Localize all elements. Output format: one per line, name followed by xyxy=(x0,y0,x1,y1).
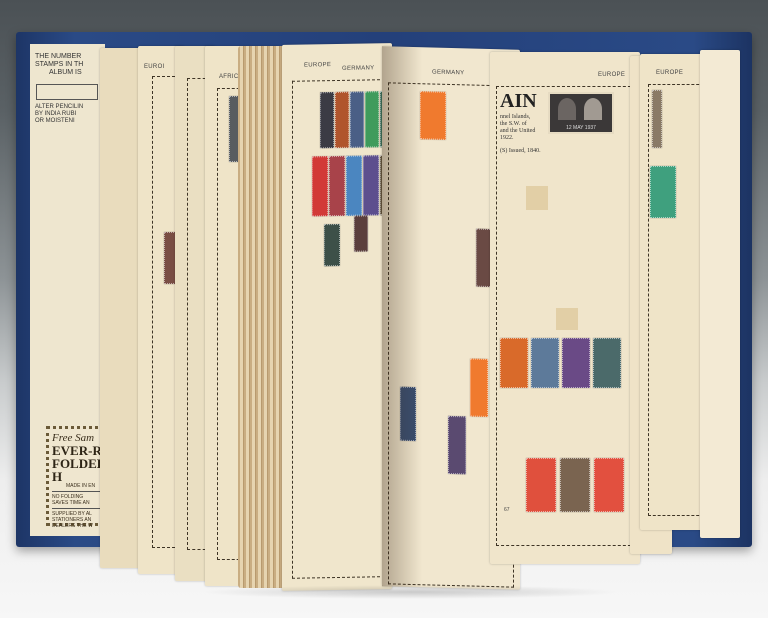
germany-left-page: EUROPE GERMANY xyxy=(282,43,392,591)
count-box xyxy=(36,84,98,100)
stamp xyxy=(420,91,446,140)
note-line: OR MOISTENI xyxy=(35,118,83,125)
description-line: and the United xyxy=(500,128,541,135)
stamp xyxy=(365,91,379,147)
stamp xyxy=(470,358,488,416)
stamp xyxy=(354,215,368,251)
page-frame xyxy=(292,79,390,579)
advert-supplier: DEALERS THE W xyxy=(52,523,106,529)
stamp xyxy=(320,92,334,148)
page-header: GERMANY xyxy=(432,70,464,77)
issued-note: (S) Issued, 1840. xyxy=(500,148,541,155)
stamp xyxy=(593,338,621,388)
page-header: GERMANY xyxy=(342,65,374,72)
stamp xyxy=(562,338,590,388)
advert-title: FOLDED H xyxy=(52,457,106,483)
stamp xyxy=(594,458,624,512)
page-header: EUROPE xyxy=(598,72,625,78)
stamp xyxy=(335,92,349,148)
portrait-queen xyxy=(584,98,602,120)
instruction-line: ALBUM IS xyxy=(35,69,83,77)
stamp xyxy=(346,156,362,216)
stamp xyxy=(363,155,379,215)
country-description: nnel Islands, the S.W. of and the United… xyxy=(500,114,541,155)
stamp xyxy=(531,338,559,388)
advert-tagline: SAVES TIME AN xyxy=(52,500,106,506)
note-line: BY INDIA RUBI xyxy=(35,111,83,118)
divider xyxy=(52,491,106,492)
page-frame xyxy=(648,84,704,516)
stamp xyxy=(500,338,528,388)
stamp xyxy=(448,416,466,474)
hinge-mark xyxy=(556,308,578,330)
note-text: ALTER PENCILIN BY INDIA RUBI OR MOISTENI xyxy=(35,104,83,125)
note-line: ALTER PENCILIN xyxy=(35,104,83,111)
stamp xyxy=(324,224,340,266)
description-line: nnel Islands, xyxy=(500,114,541,121)
page-number: 67 xyxy=(504,507,510,513)
page-header: EUROI xyxy=(144,64,165,70)
instruction-text: THE NUMBER STAMPS IN TH ALBUM IS xyxy=(35,53,83,77)
floor-shadow xyxy=(200,585,620,599)
instruction-line: STAMPS IN TH xyxy=(35,61,83,69)
inside-cover-paper: THE NUMBER STAMPS IN TH ALBUM IS ALTER P… xyxy=(30,44,105,536)
stamp xyxy=(329,156,345,216)
stamp xyxy=(350,92,364,148)
album-page xyxy=(700,50,740,538)
country-name: AIN xyxy=(500,90,537,113)
stamp xyxy=(650,166,676,218)
portrait-king xyxy=(558,98,576,120)
stamp xyxy=(312,156,328,216)
hinge-mark xyxy=(526,186,548,210)
page-header: EUROPE xyxy=(304,62,331,68)
stamp xyxy=(526,458,556,512)
divider xyxy=(52,508,106,509)
instruction-line: THE NUMBER xyxy=(35,53,83,61)
page-header: EUROPE xyxy=(656,70,683,76)
page-shadow xyxy=(382,46,422,587)
stamp xyxy=(652,90,662,148)
description-line: 1922. xyxy=(500,135,541,142)
description-line: the S.W. of xyxy=(500,121,541,128)
stamp xyxy=(560,458,590,512)
coronation-stamp: 12 MAY 1937 xyxy=(548,92,614,134)
coronation-date: 12 MAY 1937 xyxy=(550,125,612,131)
gb-page: EUROPE AIN nnel Islands, the S.W. of and… xyxy=(490,52,640,564)
